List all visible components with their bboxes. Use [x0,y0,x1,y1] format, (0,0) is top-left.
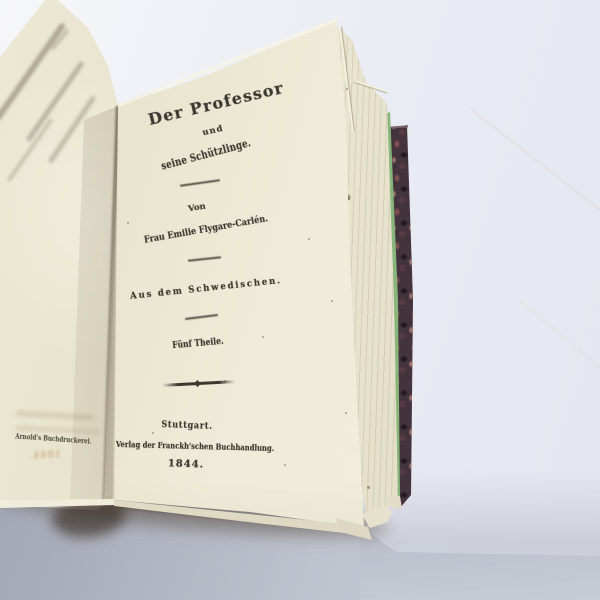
paper-speck [127,222,129,224]
paper-speck [152,432,154,434]
paper-speck [346,88,348,90]
paper-speck [331,300,333,302]
paper-speck [308,238,310,240]
paper-speck [367,486,370,489]
paper-speck [345,412,347,414]
showthrough-year: 1844. [30,449,62,462]
photo-open-book: icußDesute Arnold's Buchdruckerei. 1844.… [0,0,600,600]
